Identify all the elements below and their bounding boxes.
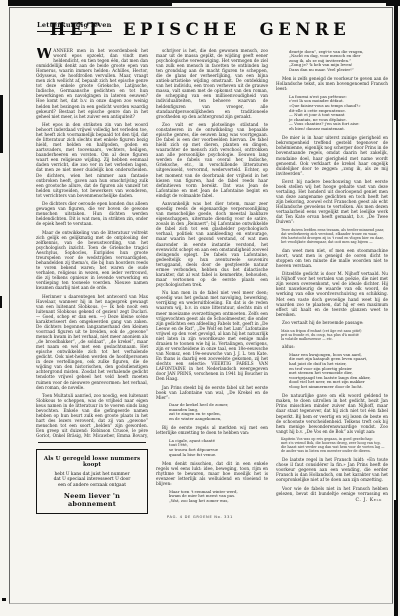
ad-body-line: dat U speciaal interesseert U door <box>40 477 144 483</box>
column-right: deurtje doen”, zegt-ie van die vragen,„N… <box>276 48 388 514</box>
verse-line: Dans dan nu maar. Veel plezier!” <box>289 68 388 73</box>
paragraph: De natuurlijke gave om elk woord geldend… <box>276 393 388 433</box>
article-columns: WANNEER men in het woordenboek het woord… <box>36 48 388 514</box>
verse-line: en de winter aangekomen, <box>169 417 268 422</box>
verse-line: eh bien! dansez maintenant. <box>289 127 388 132</box>
scanned-magazine-page: { "page": { "section_label": "Letterkund… <box>0 0 400 616</box>
paragraph: Men denkt misschien, dat dit in een enke… <box>156 461 268 486</box>
scan-artifact-top-bar <box>8 0 172 6</box>
verse-quote: La fourmi n'est pas prêteuse:c'est là so… <box>289 95 388 132</box>
scan-artifact-left-edge <box>0 95 3 153</box>
verse-quote: Twee duiven leefden eens tezaam, als tee… <box>281 228 388 244</box>
scan-artifact-top-line <box>172 0 400 3</box>
column-middle-text: schrijver is het, die den gewonen mensch… <box>156 48 268 512</box>
paragraph: De dichters dier oeroude epen konden dus… <box>36 201 148 226</box>
verse-quote: deurtje doen”, zegt-ie van die vragen,„N… <box>289 50 388 73</box>
paragraph: Zoo valt er een plotselinge stilstand te… <box>156 122 268 198</box>
author-signature: C. J. Kelk <box>276 498 388 503</box>
ad-body-line: een of andere oorzaak ontgaat <box>40 483 144 489</box>
verse-quote: La cigale, ayant chantétout l'été,se tro… <box>169 439 268 457</box>
verse-quote: Maar een kwajongen, boos van aard,die me… <box>289 353 388 390</box>
verse-quote: Kapitein Vos was op reis gegaan, in goed… <box>281 437 388 453</box>
paragraph: WANNEER men in het woordenboek het woord… <box>36 48 148 119</box>
ad-headline: Als U geregeld losse nummers koopt <box>40 456 144 468</box>
column-right-text: deurtje doen”, zegt-ie van die vragen,„N… <box>276 48 388 496</box>
paragraph: De mier is in haar uiterst zuinige gieri… <box>276 135 388 175</box>
column-middle: schrijver is het, die den gewonen mensch… <box>156 48 268 514</box>
verse-quote: Maar toen 't eenmaal winter werd,kwam de… <box>169 490 268 504</box>
page-footer: PAG. 4 DE GROENE No. 331 <box>0 515 400 519</box>
verse-line: la volatile malheureuse — etc. <box>281 337 388 341</box>
paragraph: aldus: <box>276 344 388 349</box>
paragraph: Het epos in den striksten zin van het wo… <box>36 122 148 198</box>
drop-cap: W <box>36 48 53 60</box>
verse-line: het vroolijkste duivenpaar, dat ooit men… <box>281 240 388 244</box>
paragraph: Nu kan men in de fabel niet veel meer do… <box>156 290 268 381</box>
paragraph: Jan Prins steekt bij de eerste fabel uit… <box>156 385 268 400</box>
scan-artifact-right-edge <box>394 0 398 120</box>
paragraph: De laatste regel in het Fransch luidt: «… <box>276 457 388 482</box>
verse-line: de ander was in listen een meester onder… <box>281 449 388 453</box>
paragraph: dan weet men niet, of men een stoommachi… <box>276 248 388 268</box>
verse-quote: Daar de krekel heel de zomer,maanden lan… <box>169 403 268 421</box>
paragraph: Eerst bij nadere beschouwing van het eer… <box>276 179 388 224</box>
paragraph: Voor wie de fabels niet in het Fransch h… <box>276 486 388 496</box>
column-left-text: WANNEER men in het woordenboek het woord… <box>36 48 148 438</box>
paragraph: Bij de eerste regels al merkten wij met … <box>156 425 268 435</box>
verse-line: quand la bise fut venue. <box>169 453 268 458</box>
paragraph: Aanvankelijk was het dier totem, maar ze… <box>156 201 268 287</box>
paragraph: Ditzelfde gedicht is door M. Nijhoff ver… <box>276 271 388 316</box>
paragraph: Toen Multatuli aanried, zoo noodig, een … <box>36 393 148 438</box>
subscription-ad-box: Als U geregeld losse nummers koopt hebt … <box>36 449 148 514</box>
verse-line: vloog het nimmermeer door de lucht. <box>289 385 388 390</box>
page-title: HET EPISCHE GENRE <box>0 20 400 39</box>
ad-cta: Neem liever 'n abonnement <box>40 492 144 508</box>
scan-artifact-right-edge <box>396 120 398 500</box>
paragraph: schrijver is het, die den gewonen mensch… <box>156 48 268 119</box>
verse-line: „Wat, zoo lang het zomer was, <box>169 499 268 504</box>
column-left: WANNEER men in het woordenboek het woord… <box>36 48 148 514</box>
scan-artifact-left-speck <box>0 296 2 308</box>
verse-quote: Mais un fripon d'enfant (cet âge est san… <box>281 329 388 341</box>
paragraph: Maar de ontwikkeling van de litteratuur … <box>36 230 148 291</box>
paragraph: Men is zelfs geneigd de voorkeur te geve… <box>276 76 388 91</box>
paragraph: Herinner u daarentegen het antwoord van … <box>36 294 148 390</box>
scan-artifact-bottom-speck <box>2 598 6 601</box>
paragraph: Zoo vertaalt hij de beroemde passage: <box>276 320 388 325</box>
column-divider-rule <box>38 442 146 443</box>
